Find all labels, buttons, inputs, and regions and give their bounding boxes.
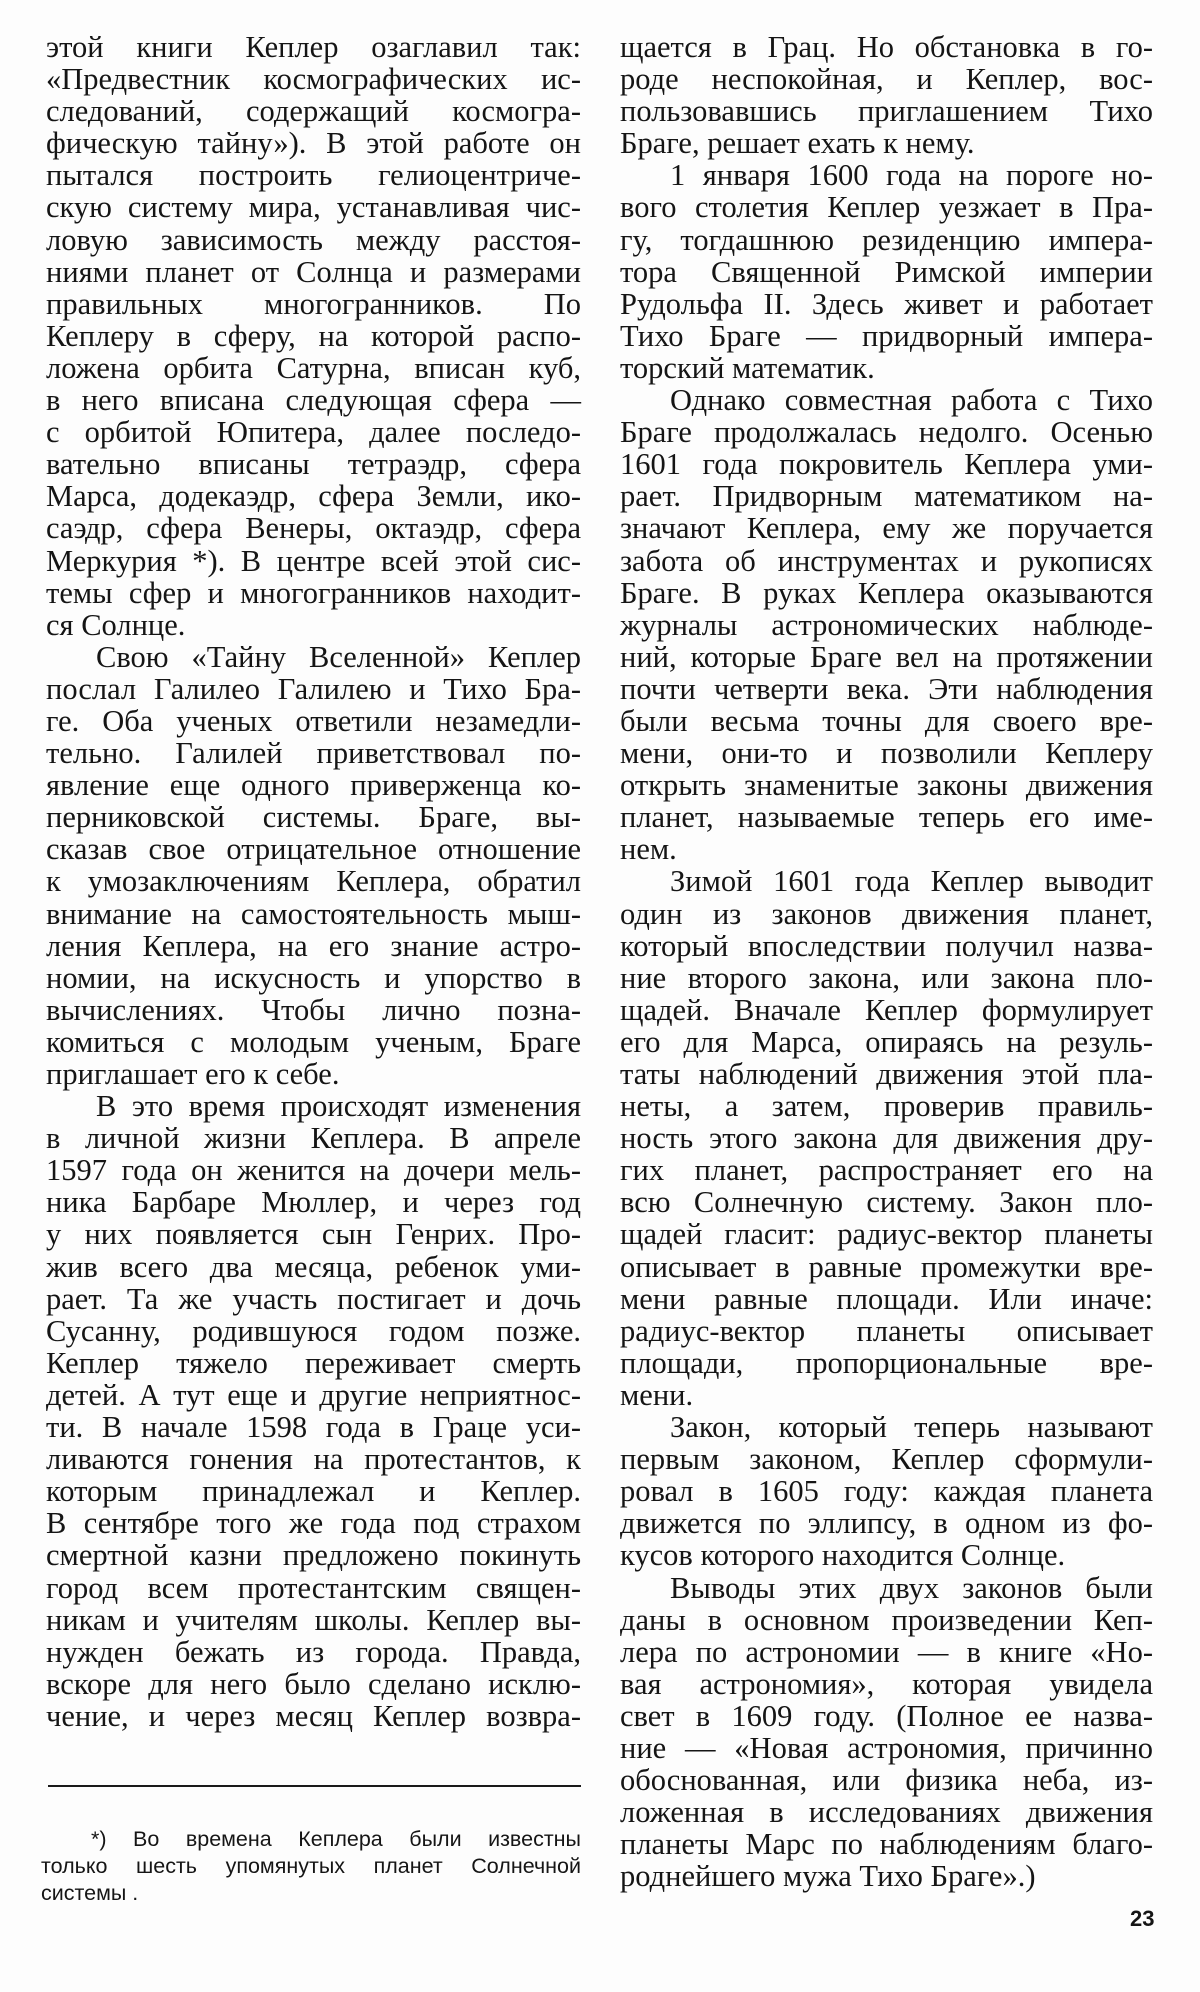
left-column: этой книги Кеплер озаглавил так:«Предвес… <box>46 31 581 1732</box>
text-line: который впоследствии получил назва- <box>620 930 1153 962</box>
text-line: роднейшего мужа Тихо Браге».) <box>620 1860 1153 1892</box>
text-line: город всем протестантским священ- <box>46 1572 581 1604</box>
text-line: планеты Марс по наблюдениям благо- <box>620 1828 1153 1860</box>
text-line: сказав свое отрицательное отношение <box>46 833 581 865</box>
text-line: ровал в 1605 году: каждая планета <box>620 1475 1153 1507</box>
text-line: Тихо Браге — придворный импера- <box>620 320 1153 352</box>
text-line: неты, а затем, проверив правиль- <box>620 1090 1153 1122</box>
text-line: ложенная в исследованиях движения <box>620 1796 1153 1828</box>
text-line: Браге, решает ехать к нему. <box>620 127 1153 159</box>
text-line: забота об инструментах и рукописях <box>620 545 1153 577</box>
text-line: первым законом, Кеплер сформули- <box>620 1443 1153 1475</box>
text-line: описывает в равные промежутки вре- <box>620 1251 1153 1283</box>
right-column: щается в Грац. Но обстановка в го-роде н… <box>620 31 1153 1892</box>
text-line: скую систему мира, устанавливая чис- <box>46 191 581 223</box>
book-page: этой книги Кеплер озаглавил так:«Предвес… <box>0 0 1200 1992</box>
text-line: свет в 1609 году. (Полное ее назва- <box>620 1700 1153 1732</box>
text-line: фическую тайну»). В этой работе он <box>46 127 581 159</box>
text-line: ника Барбаре Мюллер, и через год <box>46 1186 581 1218</box>
text-line: В сентябре того же года под страхом <box>46 1507 581 1539</box>
text-line: внимание на самостоятельность мыш- <box>46 898 581 930</box>
text-line: ливаются гонения на протестантов, к <box>46 1443 581 1475</box>
text-line: жив всего два месяца, ребенок уми- <box>46 1251 581 1283</box>
text-line: Марса, додекаэдр, сфера Земли, ико- <box>46 480 581 512</box>
text-line: даны в основном произведении Кеп- <box>620 1604 1153 1636</box>
text-line: тора Священной Римской империи <box>620 256 1153 288</box>
text-line: к умозаключениям Кеплера, обратил <box>46 865 581 897</box>
text-line: гу, тогдашнюю резиденцию импера- <box>620 224 1153 256</box>
text-line: Меркурия *). В центре всей этой сис- <box>46 545 581 577</box>
text-line: площади, пропорциональные вре- <box>620 1347 1153 1379</box>
text-line: послал Галилео Галилею и Тихо Бра- <box>46 673 581 705</box>
text-line: Зимой 1601 года Кеплер выводит <box>620 865 1153 897</box>
text-line: номии, на искусность и упорство в <box>46 962 581 994</box>
text-line: Браге продолжалась недолго. Осенью <box>620 416 1153 448</box>
text-line: ге. Оба ученых ответили незамедли- <box>46 705 581 737</box>
text-line: 1601 года покровитель Кеплера уми- <box>620 448 1153 480</box>
text-line: вательно вписаны тетраэдр, сфера <box>46 448 581 480</box>
text-line: вскоре для него было сделано исклю- <box>46 1668 581 1700</box>
text-line: смертной казни предложено покинуть <box>46 1539 581 1571</box>
text-line: обоснованная, или физика неба, из- <box>620 1764 1153 1796</box>
text-line: пользовавшись приглашением Тихо <box>620 95 1153 127</box>
text-line: гих планет, распространяет его на <box>620 1154 1153 1186</box>
text-line: ления Кеплера, на его знание астро- <box>46 930 581 962</box>
text-line: почти четверти века. Эти наблюдения <box>620 673 1153 705</box>
text-line: в личной жизни Кеплера. В апреле <box>46 1122 581 1154</box>
text-line: его для Марса, опираясь на резуль- <box>620 1026 1153 1058</box>
text-line: таты наблюдений движения этой пла- <box>620 1058 1153 1090</box>
text-line: В это время происходят изменения <box>46 1090 581 1122</box>
text-line: планет, называемые теперь его име- <box>620 801 1153 833</box>
text-line: роде неспокойная, и Кеплер, вос- <box>620 63 1153 95</box>
text-line: рает. Придворным математиком на- <box>620 480 1153 512</box>
text-line: системы . <box>41 1880 581 1907</box>
text-line: явление еще одного приверженца ко- <box>46 769 581 801</box>
text-line: Выводы этих двух законов были <box>620 1572 1153 1604</box>
text-line: ти. В начале 1598 года в Граце уси- <box>46 1411 581 1443</box>
text-line: правильных многогранников. По <box>46 288 581 320</box>
text-line: Закон, который теперь называют <box>620 1411 1153 1443</box>
page-number: 23 <box>1130 1906 1154 1932</box>
text-line: ние второго закона, или закона пло- <box>620 962 1153 994</box>
text-line: 1597 года он женится на дочери мель- <box>46 1154 581 1186</box>
text-line: нем. <box>620 833 1153 865</box>
text-line: лера по астрономии — в книге «Но- <box>620 1636 1153 1668</box>
text-line: Рудольфа II. Здесь живет и работает <box>620 288 1153 320</box>
text-line: следований, содержащий космогра- <box>46 95 581 127</box>
text-line: нужден бежать из города. Правда, <box>46 1636 581 1668</box>
text-line: никам и учителям школы. Кеплер вы- <box>46 1604 581 1636</box>
text-line: вого столетия Кеплер уезжает в Пра- <box>620 191 1153 223</box>
text-line: в него вписана следующая сфера — <box>46 384 581 416</box>
text-line: темы сфер и многогранников находит- <box>46 577 581 609</box>
text-line: ловую зависимость между расстоя- <box>46 224 581 256</box>
text-line: только шесть упомянутых планет Солнечной <box>41 1853 581 1880</box>
text-line: детей. А тут еще и другие неприятнос- <box>46 1379 581 1411</box>
text-line: тельно. Галилей приветствовал по- <box>46 737 581 769</box>
text-line: приглашает его к себе. <box>46 1058 581 1090</box>
text-line: которым принадлежал и Кеплер. <box>46 1475 581 1507</box>
text-line: Браге. В руках Кеплера оказываются <box>620 577 1153 609</box>
text-line: мени. <box>620 1379 1153 1411</box>
text-line: ность этого закона для движения дру- <box>620 1122 1153 1154</box>
text-line: у них появляется сын Генрих. Про- <box>46 1218 581 1250</box>
text-line: ся Солнце. <box>46 609 581 641</box>
text-line: были весьма точны для своего вре- <box>620 705 1153 737</box>
text-line: с орбитой Юпитера, далее последо- <box>46 416 581 448</box>
text-line: саэдр, сфера Венеры, октаэдр, сфера <box>46 512 581 544</box>
text-line: щадей. Вначале Кеплер формулирует <box>620 994 1153 1026</box>
text-line: кусов которого находится Солнце. <box>620 1539 1153 1571</box>
text-line: Сусанну, родившуюся годом позже. <box>46 1315 581 1347</box>
text-line: мени, они-то и позволили Кеплеру <box>620 737 1153 769</box>
text-line: Кеплеру в сферу, на которой распо- <box>46 320 581 352</box>
text-line: Однако совместная работа с Тихо <box>620 384 1153 416</box>
text-line: движется по эллипсу, в одном из фо- <box>620 1507 1153 1539</box>
text-line: ложена орбита Сатурна, вписан куб, <box>46 352 581 384</box>
text-line: «Предвестник космографических ис- <box>46 63 581 95</box>
text-line: щадей гласит: радиус-вектор планеты <box>620 1218 1153 1250</box>
text-line: Кеплер тяжело переживает смерть <box>46 1347 581 1379</box>
text-line: радиус-вектор планеты описывает <box>620 1315 1153 1347</box>
text-line: пытался построить гелиоцентриче- <box>46 159 581 191</box>
footnote-rule <box>48 1785 581 1787</box>
text-line: комиться с молодым ученым, Браге <box>46 1026 581 1058</box>
text-line: перниковской системы. Браге, вы- <box>46 801 581 833</box>
text-line: вая астрономия», которая увидела <box>620 1668 1153 1700</box>
text-line: 1 января 1600 года на пороге но- <box>620 159 1153 191</box>
text-line: рает. Та же участь постигает и дочь <box>46 1283 581 1315</box>
text-line: Свою «Тайну Вселенной» Кеплер <box>46 641 581 673</box>
text-line: чение, и через месяц Кеплер возвра- <box>46 1700 581 1732</box>
text-line: журналы астрономических наблюде- <box>620 609 1153 641</box>
text-line: вычислениях. Чтобы лично позна- <box>46 994 581 1026</box>
text-line: торский математик. <box>620 352 1153 384</box>
text-line: ниями планет от Солнца и размерами <box>46 256 581 288</box>
text-line: щается в Грац. Но обстановка в го- <box>620 31 1153 63</box>
text-line: открыть знаменитые законы движения <box>620 769 1153 801</box>
text-line: значают Кеплера, ему же поручается <box>620 512 1153 544</box>
text-line: *) Во времена Кеплера были известны <box>41 1826 581 1853</box>
text-line: всю Солнечную систему. Закон пло- <box>620 1186 1153 1218</box>
text-line: ние — «Новая астрономия, причинно <box>620 1732 1153 1764</box>
text-line: один из законов движения планет, <box>620 898 1153 930</box>
text-line: мени равные площади. Или иначе: <box>620 1283 1153 1315</box>
text-line: этой книги Кеплер озаглавил так: <box>46 31 581 63</box>
footnote: *) Во времена Кеплера были известнытольк… <box>41 1826 581 1907</box>
text-line: ний, которые Браге вел на протяжении <box>620 641 1153 673</box>
